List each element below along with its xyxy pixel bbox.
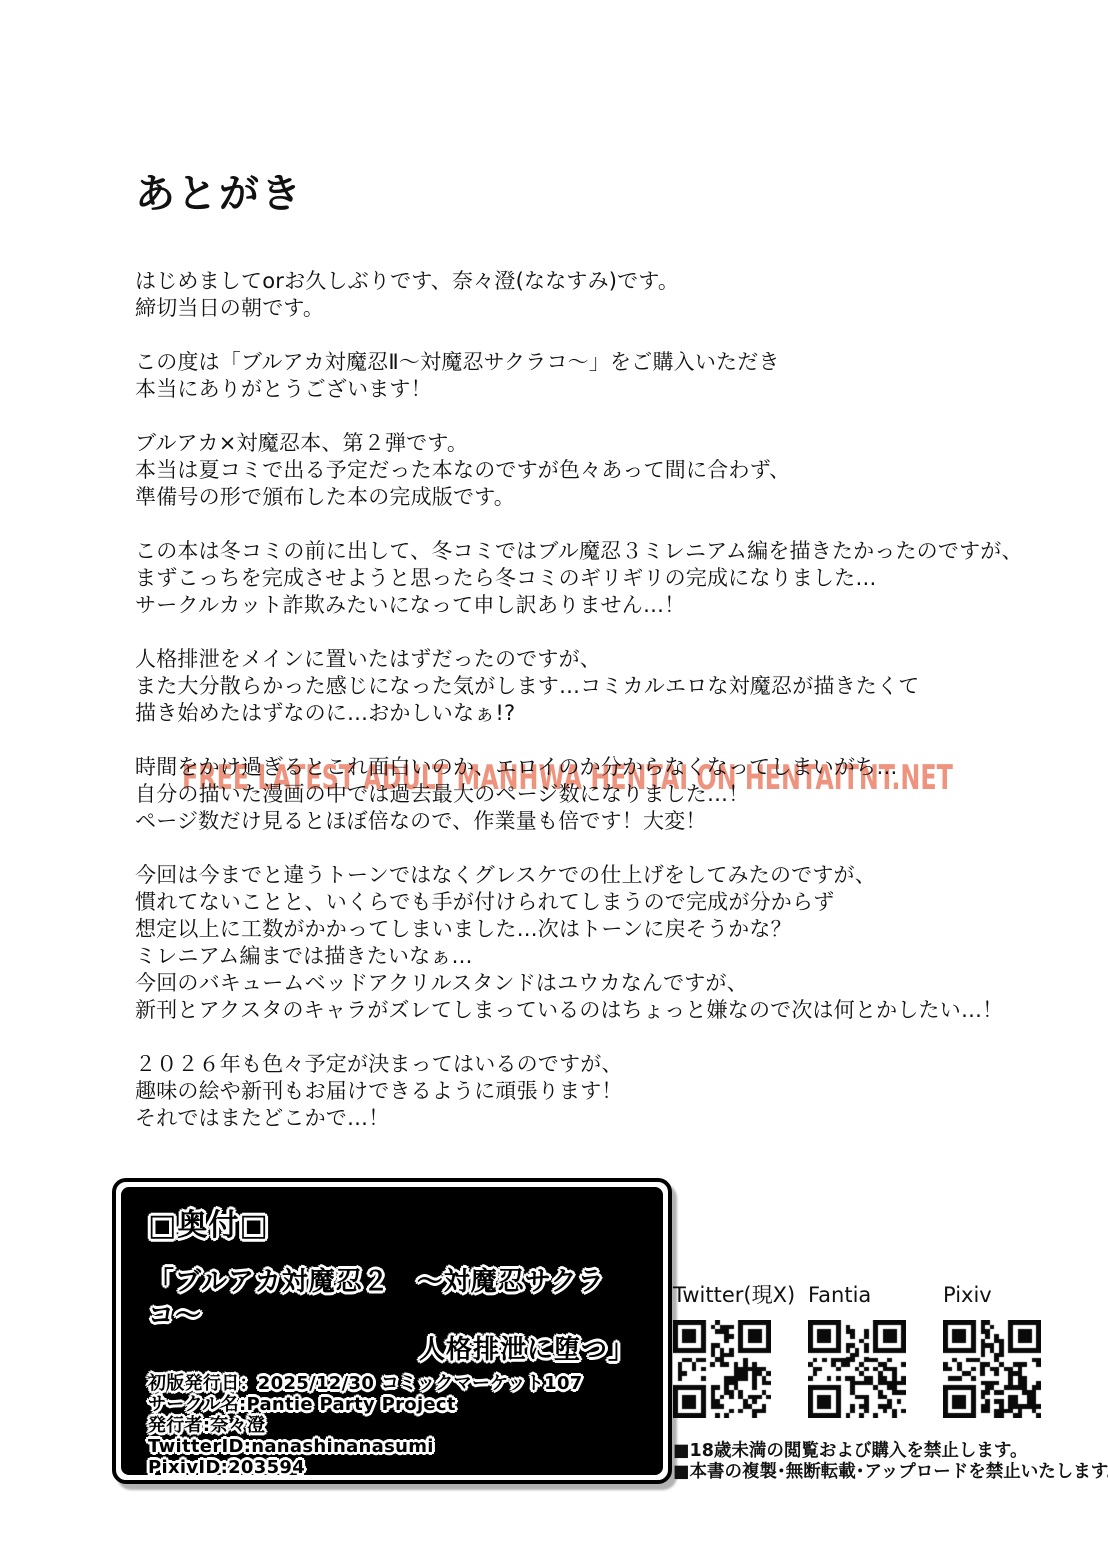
book-title-line1: 「ブルアカ対魔忍２ 〜対魔忍サクラコ〜 <box>148 1265 649 1333</box>
publisher-name: 発行者:奈々澄 <box>148 1415 649 1436</box>
colophon-inner: □奥付□ 「ブルアカ対魔忍２ 〜対魔忍サクラコ〜 人格排泄に堕つ」 初版発行日：… <box>121 1187 663 1475</box>
age-restriction-notice: ■18歳未満の閲覧および購入を禁止します。 <box>673 1441 1108 1462</box>
paragraph-5: 人格排泄をメインに置いたはずだったのですが、 また大分散らかった感じになった気が… <box>135 646 1065 727</box>
publication-date: 初版発行日：2025/12/30 コミックマーケット107 <box>148 1373 649 1394</box>
qr-column-fantia: Fantia <box>808 1283 906 1418</box>
paragraph-6: 時間をかけ過ぎるとこれ面白いのか、エロイのか分からなくなってしまいがち… 自分の… <box>135 754 1065 835</box>
qr-column-pixiv: Pixiv <box>943 1283 1041 1418</box>
no-reproduction-notice: ■本書の複製･無断転載･アップロードを禁止いたします。 <box>673 1462 1108 1483</box>
afterword-content: あとがき はじめましてorお久しぶりです、奈々澄(ななすみ)です。 締切当日の朝… <box>135 172 1065 1159</box>
pixiv-qr-code-icon <box>943 1320 1041 1418</box>
notices: ■18歳未満の閲覧および購入を禁止します。 ■本書の複製･無断転載･アップロード… <box>673 1441 1108 1483</box>
circle-name: サークル名:Pantie Party Project <box>148 1394 649 1415</box>
qr-column-twitter: Twitter(現X) <box>673 1283 771 1418</box>
paragraph-4: この本は冬コミの前に出して、冬コミではブル魔忍３ミレニアム編を描きたかったのです… <box>135 538 1065 619</box>
paragraph-8: ２０２６年も色々予定が決まってはいるのですが、 趣味の絵や新刊もお届けできるよう… <box>135 1051 1065 1132</box>
paragraph-2: この度は「ブルアカ対魔忍Ⅱ〜対魔忍サクラコ〜」をご購入いただき 本当にありがとう… <box>135 349 1065 403</box>
colophon-box: □奥付□ 「ブルアカ対魔忍２ 〜対魔忍サクラコ〜 人格排泄に堕つ」 初版発行日：… <box>112 1178 672 1484</box>
paragraph-3: ブルアカ×対魔忍本、第２弾です。 本当は夏コミで出る予定だった本なのですが色々あ… <box>135 430 1065 511</box>
qr-panel: Twitter(現X) Fantia Pixiv <box>673 1283 1041 1418</box>
afterword-page: FREE LATEST ADULT MANHWA HENTAI ON HENTA… <box>0 0 1108 1558</box>
pixiv-label: Pixiv <box>943 1283 1041 1307</box>
twitter-id: TwitterID:nanashinanasumi <box>148 1436 649 1457</box>
paragraph-1: はじめましてorお久しぶりです、奈々澄(ななすみ)です。 締切当日の朝です。 <box>135 268 1065 322</box>
pixiv-id: PixivID:203594 <box>148 1457 649 1475</box>
fantia-qr-code-icon <box>808 1320 906 1418</box>
fantia-label: Fantia <box>808 1283 906 1307</box>
book-title-line2: 人格排泄に堕つ」 <box>148 1333 649 1367</box>
paragraph-7: 今回は今までと違うトーンではなくグレスケでの仕上げをしてみたのですが、 慣れてな… <box>135 862 1065 1024</box>
twitter-qr-code-icon <box>673 1320 771 1418</box>
colophon-header: □奥付□ <box>148 1209 649 1243</box>
twitter-label: Twitter(現X) <box>673 1283 771 1307</box>
page-title: あとがき <box>135 172 1065 216</box>
